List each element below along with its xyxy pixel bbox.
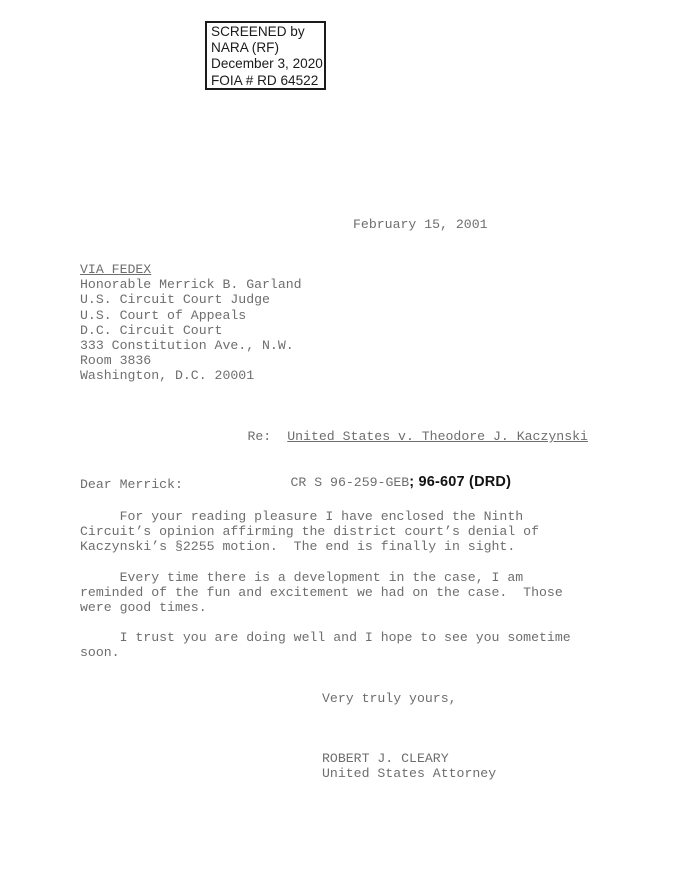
salutation: Dear Merrick: [80, 477, 183, 492]
paragraph-line: reminded of the fun and excitement we ha… [80, 585, 563, 600]
body-paragraph-1: For your reading pleasure I have enclose… [80, 509, 539, 555]
recipient-street: 333 Constitution Ave., N.W. [80, 338, 302, 353]
signer-title: United States Attorney [322, 766, 496, 781]
case-number: CR S 96-259-GEB [290, 475, 409, 490]
letter-date: February 15, 2001 [353, 217, 488, 232]
body-paragraph-3: I trust you are doing well and I hope to… [80, 630, 571, 660]
letter-document: SCREENED by NARA (RF) December 3, 2020 F… [0, 0, 685, 887]
recipient-address-block: VIA FEDEX Honorable Merrick B. Garland U… [80, 262, 302, 384]
recipient-room: Room 3836 [80, 353, 302, 368]
paragraph-line: For your reading pleasure I have enclose… [80, 509, 539, 524]
recipient-city: Washington, D.C. 20001 [80, 368, 302, 383]
stamp-line-date: December 3, 2020 [211, 56, 324, 72]
stamp-line-nara: NARA (RF) [211, 40, 324, 56]
paragraph-line: were good times. [80, 600, 563, 615]
case-number-addition: ; 96-607 (DRD) [409, 474, 511, 490]
paragraph-line: I trust you are doing well and I hope to… [80, 630, 571, 645]
paragraph-line: Every time there is a development in the… [80, 570, 563, 585]
nara-screening-stamp: SCREENED by NARA (RF) December 3, 2020 F… [205, 21, 326, 90]
paragraph-line: Circuit’s opinion affirming the district… [80, 524, 539, 539]
paragraph-line: soon. [80, 645, 571, 660]
delivery-method: VIA FEDEX [80, 262, 302, 277]
stamp-line-screened-by: SCREENED by [211, 24, 324, 40]
recipient-name: Honorable Merrick B. Garland [80, 277, 302, 292]
re-label: Re: [247, 429, 271, 444]
re-block: Re:United States v. Theodore J. Kaczynsk… [200, 414, 588, 505]
complimentary-closing: Very truly yours, [322, 691, 457, 706]
re-line: Re:United States v. Theodore J. Kaczynsk… [200, 414, 588, 460]
stamp-line-foia-number: FOIA # RD 64522 [211, 73, 324, 89]
recipient-court: U.S. Court of Appeals [80, 308, 302, 323]
paragraph-line: Kaczynski’s §2255 motion. The end is fin… [80, 539, 539, 554]
signer-name: ROBERT J. CLEARY [322, 751, 496, 766]
recipient-title: U.S. Circuit Court Judge [80, 292, 302, 307]
recipient-circuit: D.C. Circuit Court [80, 323, 302, 338]
signature-block: ROBERT J. CLEARY United States Attorney [322, 751, 496, 781]
body-paragraph-2: Every time there is a development in the… [80, 570, 563, 616]
case-name: United States v. Theodore J. Kaczynski [287, 429, 588, 444]
case-number-line: CR S 96-259-GEB; 96-607 (DRD) [200, 460, 588, 506]
